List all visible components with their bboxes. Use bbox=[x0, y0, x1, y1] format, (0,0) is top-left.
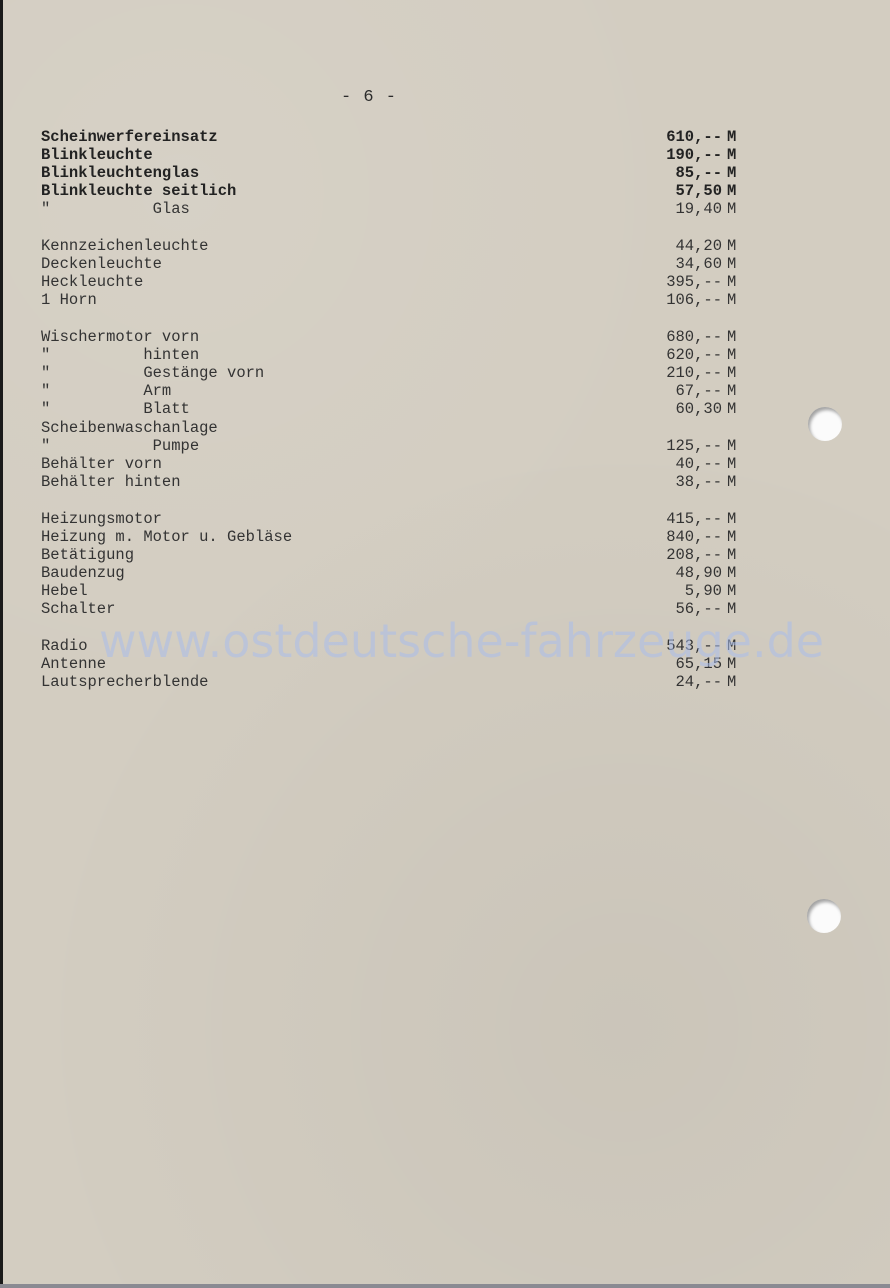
item-price: 60,30 bbox=[675, 400, 722, 418]
typewritten-price-list-page: - 6 - Scheinwerfereinsatz610,--MBlinkleu… bbox=[3, 0, 890, 1284]
item-price: 610,-- bbox=[666, 128, 722, 146]
list-item: Heckleuchte395,--M bbox=[3, 273, 890, 291]
currency-unit: M bbox=[727, 273, 736, 291]
currency-unit: M bbox=[727, 364, 736, 382]
currency-unit: M bbox=[727, 328, 736, 346]
item-label: Scheibenwaschanlage bbox=[41, 419, 218, 437]
currency-unit: M bbox=[727, 437, 736, 455]
item-label: Wischermotor vorn bbox=[41, 328, 199, 346]
item-label: Lautsprecherblende bbox=[41, 673, 208, 691]
item-label: Heizungsmotor bbox=[41, 510, 162, 528]
scan-edge bbox=[0, 1284, 890, 1288]
currency-unit: M bbox=[727, 510, 736, 528]
item-price: 44,20 bbox=[675, 237, 722, 255]
punch-hole-icon bbox=[808, 407, 842, 441]
list-item: Scheinwerfereinsatz610,--M bbox=[3, 128, 890, 146]
item-price: 210,-- bbox=[666, 364, 722, 382]
list-item: Deckenleuchte34,60M bbox=[3, 255, 890, 273]
item-label: Kennzeichenleuchte bbox=[41, 237, 208, 255]
list-item: 1 Horn106,--M bbox=[3, 291, 890, 309]
list-item: " Arm67,--M bbox=[3, 382, 890, 400]
currency-unit: M bbox=[727, 164, 736, 182]
list-item: Behälter hinten38,--M bbox=[3, 473, 890, 491]
currency-unit: M bbox=[727, 546, 736, 564]
item-label: 1 Horn bbox=[41, 291, 97, 309]
currency-unit: M bbox=[727, 673, 736, 691]
item-price: 125,-- bbox=[666, 437, 722, 455]
item-price: 680,-- bbox=[666, 328, 722, 346]
item-price: 19,40 bbox=[675, 200, 722, 218]
item-price: 5,90 bbox=[685, 582, 722, 600]
currency-unit: M bbox=[727, 182, 736, 200]
list-item: " hinten620,--M bbox=[3, 346, 890, 364]
item-price: 34,60 bbox=[675, 255, 722, 273]
item-label: " Gestänge vorn bbox=[41, 364, 264, 382]
item-label: " hinten bbox=[41, 346, 199, 364]
list-item: Baudenzug48,90M bbox=[3, 564, 890, 582]
item-label: Antenne bbox=[41, 655, 106, 673]
item-label: Radio bbox=[41, 637, 88, 655]
item-price: 840,-- bbox=[666, 528, 722, 546]
list-item: Behälter vorn40,--M bbox=[3, 455, 890, 473]
item-label: Scheinwerfereinsatz bbox=[41, 128, 218, 146]
list-item: Betätigung208,--M bbox=[3, 546, 890, 564]
currency-unit: M bbox=[727, 528, 736, 546]
currency-unit: M bbox=[727, 455, 736, 473]
list-item: Lautsprecherblende24,--M bbox=[3, 673, 890, 691]
list-item: Hebel5,90M bbox=[3, 582, 890, 600]
list-item: Wischermotor vorn680,--M bbox=[3, 328, 890, 346]
currency-unit: M bbox=[727, 255, 736, 273]
list-item: Blinkleuchtenglas85,--M bbox=[3, 164, 890, 182]
list-item: Blinkleuchte seitlich57,50M bbox=[3, 182, 890, 200]
list-item: " Gestänge vorn210,--M bbox=[3, 364, 890, 382]
item-label: " Arm bbox=[41, 382, 171, 400]
currency-unit: M bbox=[727, 291, 736, 309]
currency-unit: M bbox=[727, 564, 736, 582]
item-label: Blinkleuchte bbox=[41, 146, 153, 164]
item-label: " Pumpe bbox=[41, 437, 199, 455]
list-item: Kennzeichenleuchte44,20M bbox=[3, 237, 890, 255]
list-item: " Blatt60,30M bbox=[3, 400, 890, 418]
item-label: " Glas bbox=[41, 200, 190, 218]
item-price: 106,-- bbox=[666, 291, 722, 309]
item-price: 415,-- bbox=[666, 510, 722, 528]
item-price: 620,-- bbox=[666, 346, 722, 364]
watermark: www.ostdeutsche-fahrzeuge.de bbox=[99, 614, 824, 668]
item-price: 208,-- bbox=[666, 546, 722, 564]
item-price: 40,-- bbox=[675, 455, 722, 473]
item-price: 67,-- bbox=[675, 382, 722, 400]
list-item: Heizungsmotor415,--M bbox=[3, 510, 890, 528]
item-label: Baudenzug bbox=[41, 564, 125, 582]
item-label: Deckenleuchte bbox=[41, 255, 162, 273]
item-label: Behälter vorn bbox=[41, 455, 162, 473]
item-label: Hebel bbox=[41, 582, 88, 600]
currency-unit: M bbox=[727, 346, 736, 364]
item-label: Heckleuchte bbox=[41, 273, 143, 291]
item-price: 85,-- bbox=[675, 164, 722, 182]
punch-hole-icon bbox=[807, 899, 841, 933]
list-item: Heizung m. Motor u. Gebläse840,--M bbox=[3, 528, 890, 546]
item-price: 57,50 bbox=[675, 182, 722, 200]
page-number: - 6 - bbox=[341, 88, 397, 107]
currency-unit: M bbox=[727, 200, 736, 218]
currency-unit: M bbox=[727, 382, 736, 400]
item-label: Heizung m. Motor u. Gebläse bbox=[41, 528, 292, 546]
item-label: Betätigung bbox=[41, 546, 134, 564]
item-label: Blinkleuchte seitlich bbox=[41, 182, 236, 200]
item-price: 24,-- bbox=[675, 673, 722, 691]
list-item: " Glas19,40M bbox=[3, 200, 890, 218]
currency-unit: M bbox=[727, 582, 736, 600]
list-item: Scheibenwaschanlage bbox=[3, 419, 890, 437]
item-price: 190,-- bbox=[666, 146, 722, 164]
currency-unit: M bbox=[727, 237, 736, 255]
item-label: Behälter hinten bbox=[41, 473, 181, 491]
item-label: " Blatt bbox=[41, 400, 190, 418]
currency-unit: M bbox=[727, 400, 736, 418]
currency-unit: M bbox=[727, 146, 736, 164]
list-item: Blinkleuchte190,--M bbox=[3, 146, 890, 164]
item-price: 48,90 bbox=[675, 564, 722, 582]
currency-unit: M bbox=[727, 128, 736, 146]
currency-unit: M bbox=[727, 473, 736, 491]
item-label: Blinkleuchtenglas bbox=[41, 164, 199, 182]
list-item: " Pumpe125,--M bbox=[3, 437, 890, 455]
item-price: 395,-- bbox=[666, 273, 722, 291]
item-price: 38,-- bbox=[675, 473, 722, 491]
